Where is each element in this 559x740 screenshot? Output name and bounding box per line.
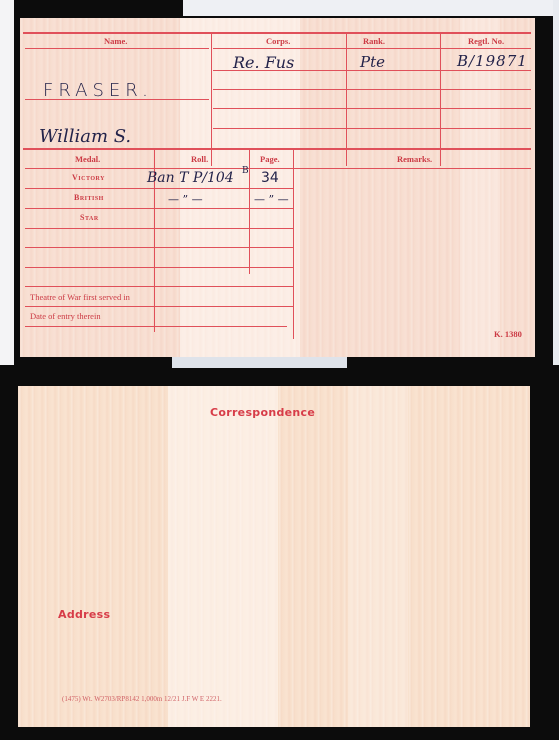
medal-header: Medal. [75,154,100,164]
medal-row-victory: Victory [72,173,105,182]
medal-row-star: Star [80,213,99,222]
rule [25,188,293,189]
rule [213,108,531,109]
medal-row-british: British [74,193,104,202]
form-code: K. 1380 [494,329,522,339]
scan-frame-right [553,0,559,365]
rule [25,326,287,327]
rule-medal-top [23,148,531,150]
forenames-value: William S. [39,126,131,147]
scan-frame-top [183,0,559,16]
surname-value: FRASER. [43,80,153,101]
page-value-british: — ” — [254,193,289,206]
regtl-no-header: Regtl. No. [468,36,504,46]
rule-top [23,32,531,34]
address-label: Address [58,608,110,621]
scan-frame-left [0,0,14,365]
page-header: Page. [260,154,280,164]
regtl-no-value: B/19871 [457,52,528,70]
scan-frame-bottom [172,357,347,368]
rule [25,168,531,169]
page-value-victory: 34 [261,170,279,186]
medal-index-card-front: Name. Corps. Rank. Regtl. No. FRASER. Wi… [20,18,535,357]
theatre-of-war-label: Theatre of War first served in [30,292,130,302]
rule [213,48,531,49]
roll-value-british: — ” — [168,193,203,206]
rule [25,48,209,49]
correspondence-label: Correspondence [210,406,315,419]
roll-value-victory: Ban T P/104 [147,170,234,186]
medal-index-card-back: Correspondence Address (1475) Wt. W2703/… [18,386,530,727]
paper-light-band [348,386,408,727]
rule [25,228,293,229]
paper-light-band [168,386,278,727]
rule-vertical [440,34,441,166]
rule-vertical [346,34,347,166]
rule-vertical [293,149,294,339]
name-header: Name. [104,36,127,46]
roll-suffix-victory: B [242,166,249,176]
corps-header: Corps. [266,36,290,46]
rule [25,306,293,307]
rule [213,128,531,129]
roll-header: Roll. [191,154,208,164]
rank-header: Rank. [363,36,385,46]
rule-vertical [211,34,212,166]
corps-value: Re. Fus [233,53,294,72]
rule [25,286,293,287]
rank-value: Pte [360,53,385,71]
rule [213,89,531,90]
rule [25,247,293,248]
remarks-header: Remarks. [397,154,432,164]
rule [25,208,293,209]
date-of-entry-label: Date of entry therein [30,311,101,321]
printer-line: (1475) Wt. W2703/RP8142 1,000m 12/21 J.F… [62,695,222,703]
rule [25,267,293,268]
